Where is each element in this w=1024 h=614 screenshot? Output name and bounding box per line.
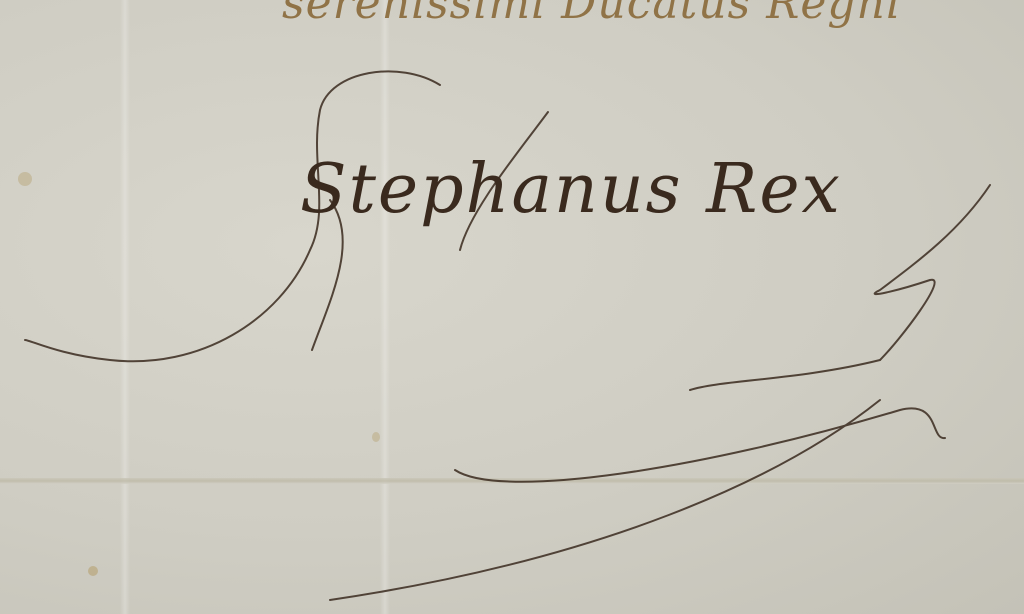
signature-text: Stephanus Rex <box>300 150 842 229</box>
signature-flourish <box>0 0 1024 614</box>
manuscript-page: serenissimi Ducatus Regni Stephanus Rex <box>0 0 1024 614</box>
paper-stain <box>88 566 98 576</box>
paper-stain <box>18 172 32 186</box>
paper-stain <box>372 432 380 442</box>
